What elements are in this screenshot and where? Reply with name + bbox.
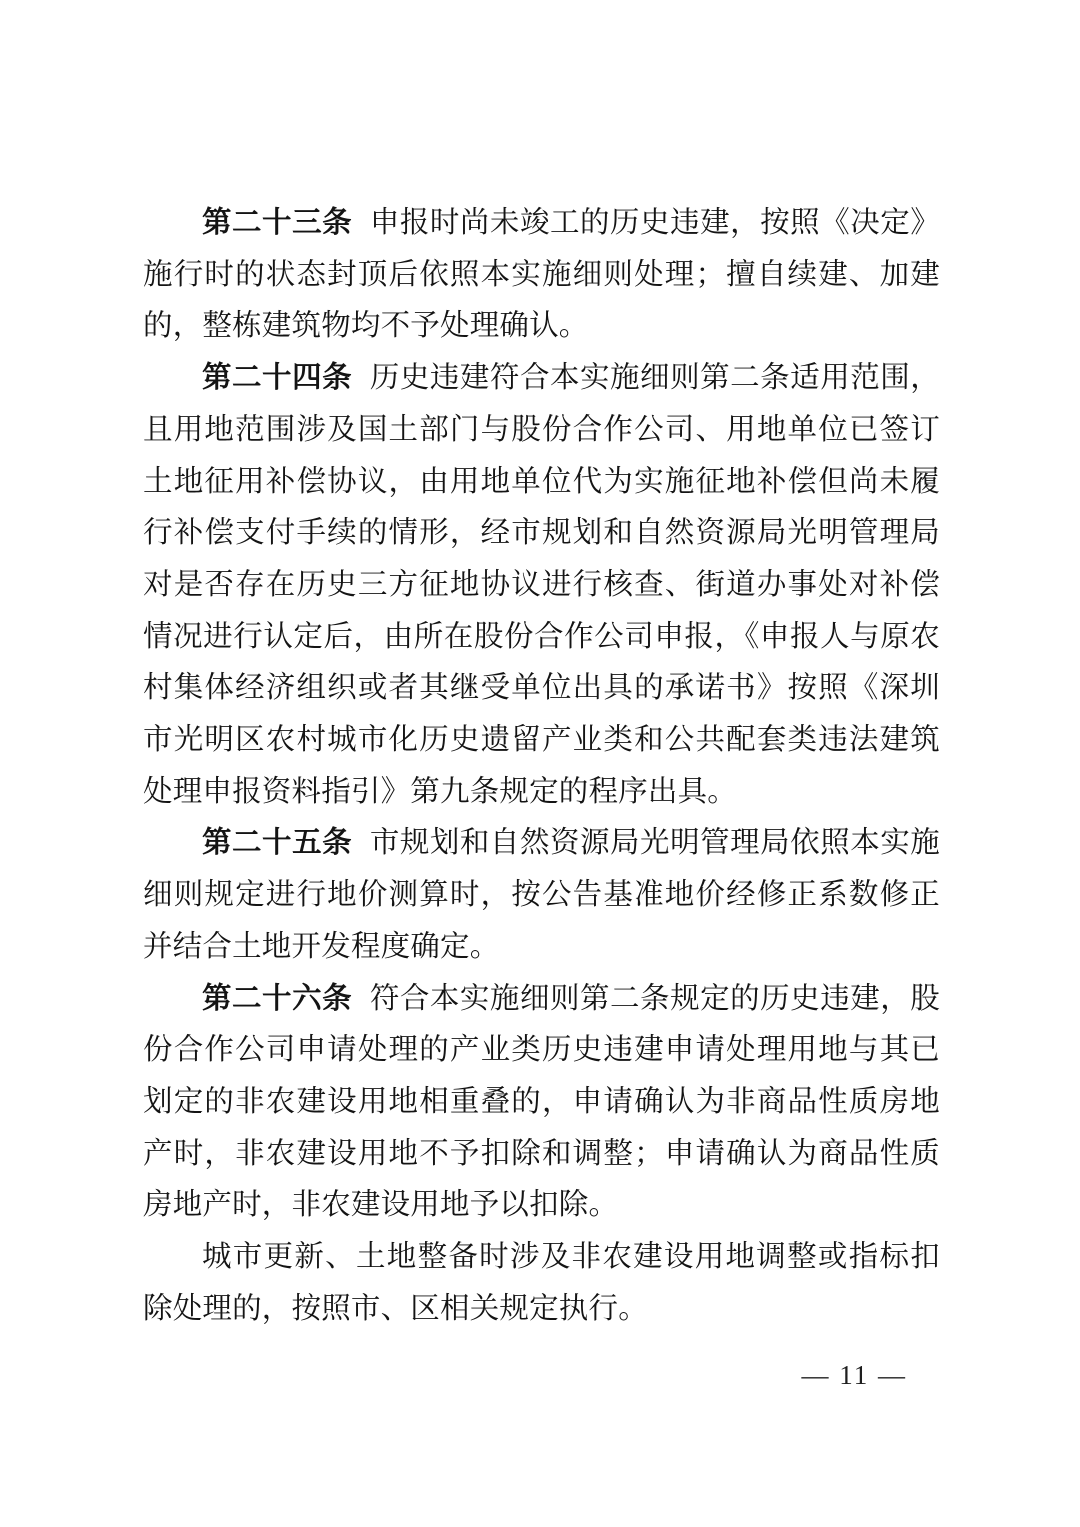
continuation-text: 城市更新、土地整备时涉及非农建设用地调整或指标扣除处理的，按照市、区相关规定执行… xyxy=(143,1241,940,1325)
article-26-text: 符合本实施细则第二条规定的历史违建，股份合作公司申请处理的产业类历史违建申请处理… xyxy=(143,983,940,1222)
page-number: — 11 — xyxy=(802,1360,908,1391)
paragraph-article-24: 第二十四条历史违建符合本实施细则第二条适用范围，且用地范围涉及国土部门与股份合作… xyxy=(143,353,940,818)
paragraph-article-26: 第二十六条符合本实施细则第二条规定的历史违建，股份合作公司申请处理的产业类历史违… xyxy=(143,974,940,1233)
paragraph-article-23: 第二十三条申报时尚未竣工的历史违建，按照《决定》施行时的状态封顶后依照本实施细则… xyxy=(143,198,940,353)
document-body: 第二十三条申报时尚未竣工的历史违建，按照《决定》施行时的状态封顶后依照本实施细则… xyxy=(143,198,940,1335)
article-26-number: 第二十六条 xyxy=(202,983,352,1015)
article-24-text: 历史违建符合本实施细则第二条适用范围，且用地范围涉及国土部门与股份合作公司、用地… xyxy=(143,362,940,808)
document-page: 第二十三条申报时尚未竣工的历史违建，按照《决定》施行时的状态封顶后依照本实施细则… xyxy=(0,0,1080,1527)
article-23-number: 第二十三条 xyxy=(202,207,352,239)
paragraph-article-26-continuation: 城市更新、土地整备时涉及非农建设用地调整或指标扣除处理的，按照市、区相关规定执行… xyxy=(143,1232,940,1335)
article-25-number: 第二十五条 xyxy=(202,827,352,859)
paragraph-article-25: 第二十五条市规划和自然资源局光明管理局依照本实施细则规定进行地价测算时，按公告基… xyxy=(143,818,940,973)
article-24-number: 第二十四条 xyxy=(202,362,352,394)
